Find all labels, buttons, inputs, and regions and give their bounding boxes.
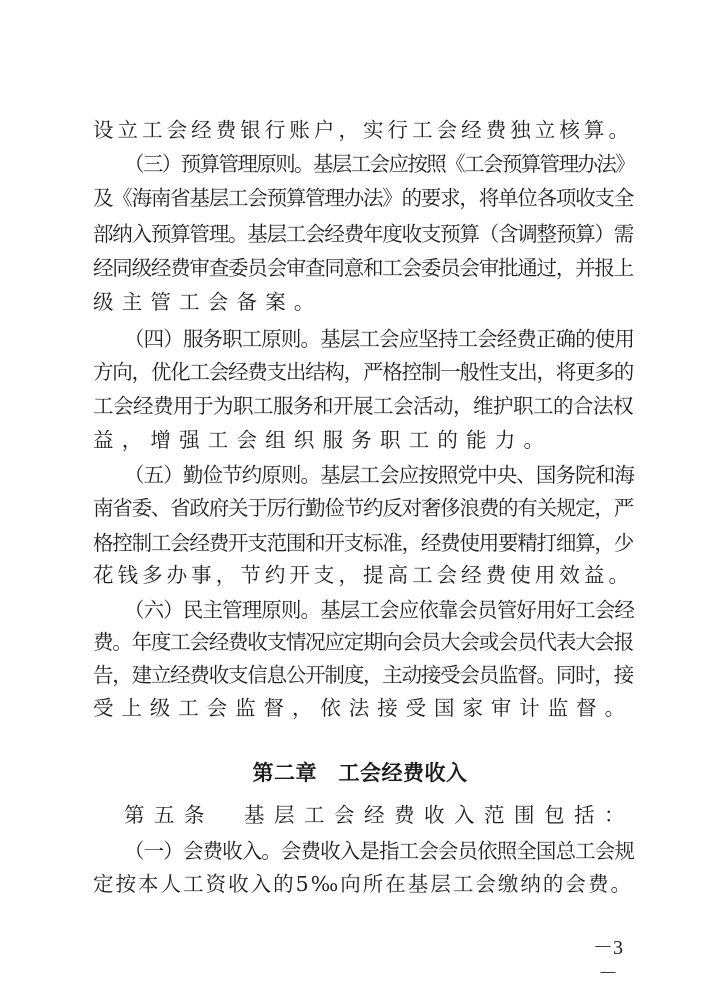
- text-line: 工会经费用于为职工服务和开展工会活动，维护职工的合法权: [93, 391, 633, 421]
- paragraph-democratic-management-principle: （六）民主管理原则。基层工会应依靠会员管好用好工会经: [124, 595, 634, 625]
- text-line: 及《海南省基层工会预算管理办法》的要求，将单位各项收支全: [93, 183, 633, 213]
- text-line: 级主管工会备案。: [93, 287, 633, 317]
- article-five: 第五条 基层工会经费收入范围包括：: [124, 800, 634, 830]
- text-line: 设立工会经费银行账户，实行工会经费独立核算。: [93, 115, 633, 145]
- text-line: 费。年度工会经费收支情况应定期向会员大会或会员代表大会报: [93, 627, 633, 657]
- paragraph-membership-dues: （一）会费收入。会费收入是指工会会员依照全国总工会规: [124, 836, 634, 866]
- text-line: 方向，优化工会经费支出结构，严格控制一般性支出，将更多的: [93, 357, 633, 387]
- text-line: 花钱多办事，节约开支，提高工会经费使用效益。: [93, 560, 633, 590]
- text-line: 告，建立经费收支信息公开制度，主动接受会员监督。同时，接: [93, 660, 633, 690]
- text-line: 格控制工会经费开支范围和开支标准，经费使用要精打细算，少: [93, 528, 633, 558]
- text-line: 部纳入预算管理。基层工会经费年度收支预算（含调整预算）需: [93, 219, 633, 249]
- paragraph-budget-principle: （三）预算管理原则。基层工会应按照《工会预算管理办法》: [124, 149, 634, 179]
- text-line: 受上级工会监督，依法接受国家审计监督。: [93, 693, 633, 723]
- paragraph-serve-workers-principle: （四）服务职工原则。基层工会应坚持工会经费正确的使用: [124, 324, 634, 354]
- page-number: －3－: [588, 935, 628, 961]
- chapter-heading: 第二章 工会经费收入: [0, 758, 720, 788]
- text-line: 南省委、省政府关于厉行勤俭节约反对奢侈浪费的有关规定，严: [93, 493, 633, 523]
- text-line: 益，增强工会组织服务职工的能力。: [93, 425, 633, 455]
- text-line: 定按本人工资收入的5‰向所在基层工会缴纳的会费。: [93, 869, 633, 899]
- text-line: 经同级经费审查委员会审查同意和工会委员会审批通过，并报上: [93, 253, 633, 283]
- paragraph-frugality-principle: （五）勤俭节约原则。基层工会应按照党中央、国务院和海: [124, 460, 634, 490]
- document-page: 设立工会经费银行账户，实行工会经费独立核算。 （三）预算管理原则。基层工会应按照…: [0, 0, 720, 999]
